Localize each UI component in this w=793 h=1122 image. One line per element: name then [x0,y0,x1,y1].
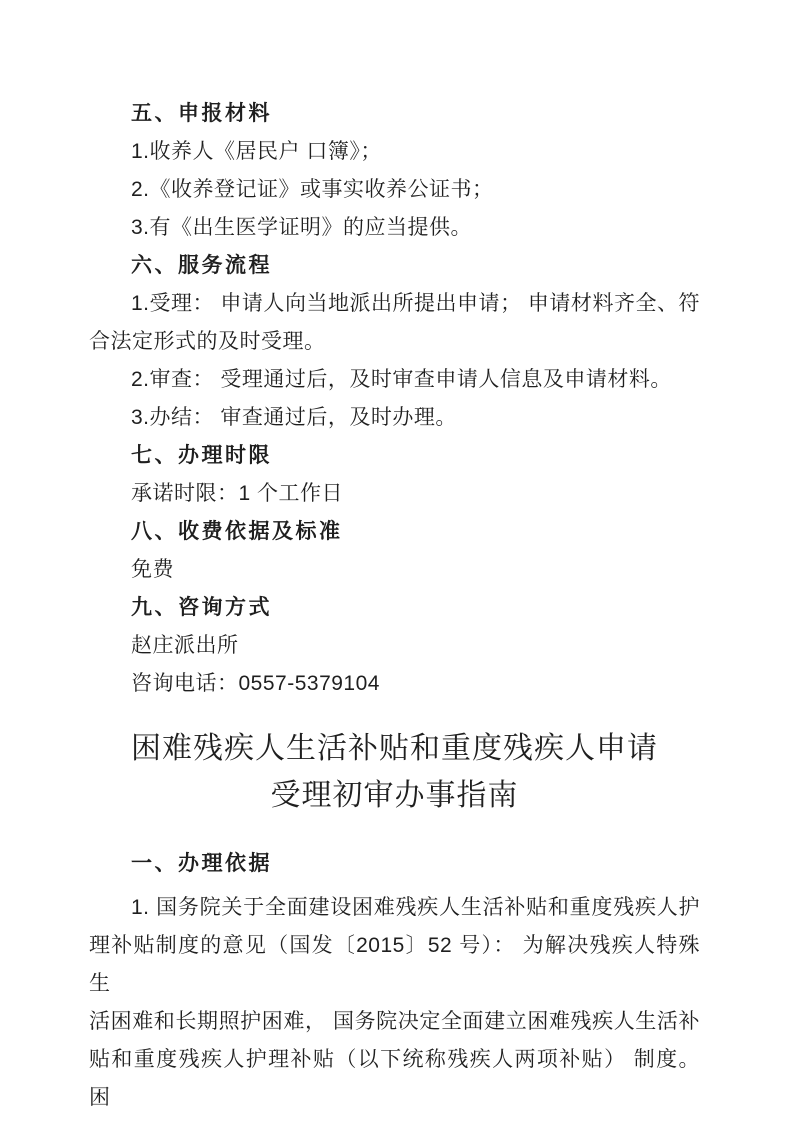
guide-title: 困难残疾人生活补贴和重度残疾人申请 受理初审办事指南 [89,725,700,819]
list-item-review: 2.审查： 受理通过后，及时审查申请人信息及申请材料。 [89,361,700,399]
document-page: 五、申报材料 1.收养人《居民户 口簿》； 2.《收养登记证》或事实收养公证书；… [0,0,793,1122]
text-line-acceptance-1: 1.受理： 申请人向当地派出所提出申请； 申请材料齐全、符 [89,285,700,323]
text-line-basis-3: 活困难和长期照护困难， 国务院决定全面建立困难残疾人生活补 [89,1003,700,1041]
text-consultation-phone: 咨询电话：0557-5379104 [89,665,700,703]
guide-title-line-2: 受理初审办事指南 [89,772,700,819]
heading-processing-time-limit: 七、办理时限 [89,437,700,475]
text-line-basis-2: 理补贴制度的意见（国发〔2015〕52 号）： 为解决残疾人特殊生 [89,927,700,1003]
paragraph-state-council-opinion: 1. 国务院关于全面建设困难残疾人生活补贴和重度残疾人护 理补贴制度的意见（国发… [89,889,700,1117]
heading-application-materials: 五、申报材料 [89,95,700,133]
heading-consultation-method: 九、咨询方式 [89,589,700,627]
list-item-adoption-certificate: 2.《收养登记证》或事实收养公证书； [89,171,700,209]
list-item-birth-certificate: 3.有《出生医学证明》的应当提供。 [89,209,700,247]
list-item-household-register: 1.收养人《居民户 口簿》； [89,133,700,171]
text-promised-time-limit: 承诺时限：1 个工作日 [89,475,700,513]
text-free-of-charge: 免费 [89,551,700,589]
heading-handling-basis: 一、办理依据 [89,845,700,883]
text-line-basis-4: 贴和重度残疾人护理补贴（以下统称残疾人两项补贴） 制度。 困 [89,1041,700,1117]
paragraph-acceptance: 1.受理： 申请人向当地派出所提出申请； 申请材料齐全、符 合法定形式的及时受理… [89,285,700,361]
text-line-basis-1: 1. 国务院关于全面建设困难残疾人生活补贴和重度残疾人护 [89,889,700,927]
text-police-station-name: 赵庄派出所 [89,627,700,665]
heading-service-process: 六、服务流程 [89,247,700,285]
list-item-completion: 3.办结： 审查通过后，及时办理。 [89,399,700,437]
text-line-acceptance-2: 合法定形式的及时受理。 [89,323,700,361]
heading-fee-basis: 八、收费依据及标准 [89,513,700,551]
guide-title-line-1: 困难残疾人生活补贴和重度残疾人申请 [89,725,700,772]
